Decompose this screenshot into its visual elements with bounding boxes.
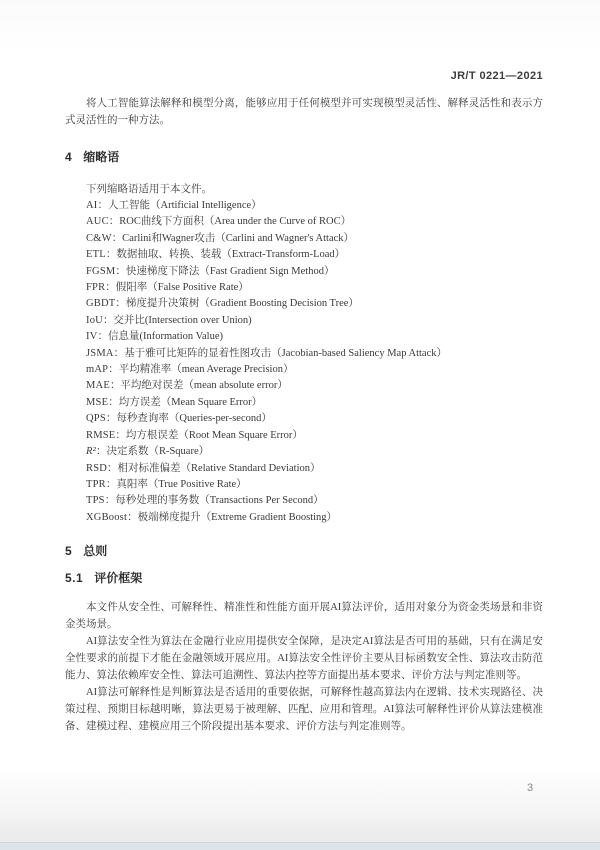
abbreviation-term: AUC (86, 216, 109, 227)
abbreviation-term: ETL (86, 249, 106, 260)
abbreviation-term: RSD (86, 463, 107, 474)
abbreviation-term: XGBoost (86, 512, 127, 523)
abbreviation-definition: ：快速梯度下降法（Fast Gradient Sign Method） (115, 266, 334, 277)
abbreviation-term: QPS (86, 413, 106, 424)
abbreviation-definition: ：极端梯度提升（Extreme Gradient Boosting） (127, 512, 337, 523)
abbreviation-definition: ：决定系数（R-Square） (96, 446, 209, 457)
section-5-1-heading: 5.1评价框架 (65, 571, 543, 585)
section-5-1-body: 本文件从安全性、可解释性、精准性和性能方面开展AI算法评价，适用对象分为资金类场… (65, 599, 543, 735)
abbreviation-definition: ：交并比(Intersection over Union) (103, 315, 252, 326)
abbreviation-item: MSE：均方误差（Mean Square Error） (65, 395, 543, 411)
abbreviation-definition: ：真阳率（True Positive Rate） (106, 479, 247, 490)
section-5-title: 总则 (83, 544, 107, 558)
abbreviation-item: XGBoost：极端梯度提升（Extreme Gradient Boosting… (65, 510, 543, 526)
section-5-number: 5 (65, 544, 72, 558)
page-number: 3 (527, 782, 533, 794)
intro-paragraph: 将人工智能算法解释和模型分离，能够应用于任何模型并可实现模型灵活性、解释灵活性和… (65, 95, 543, 129)
page-header: JR/T 0221—2021 (65, 70, 543, 82)
abbreviation-item: mAP：平均精准率（mean Average Precision） (65, 362, 543, 378)
abbreviation-item: FPR：假阳率（False Positive Rate） (65, 280, 543, 296)
document-page: JR/T 0221—2021 将人工智能算法解释和模型分离，能够应用于任何模型并… (0, 0, 600, 850)
section-4-heading: 4缩略语 (65, 150, 543, 164)
abbreviation-term: RMSE (86, 430, 115, 441)
abbreviation-definition: ：Carlini和Wagner攻击（Carlini and Wagner's A… (112, 233, 354, 244)
abbreviation-definition: ：ROC曲线下方面积（Area under the Curve of ROC） (109, 216, 351, 227)
abbreviation-item: GBDT：梯度提升决策树（Gradient Boosting Decision … (65, 296, 543, 312)
abbreviation-term: AI (86, 200, 97, 211)
abbreviation-term: GBDT (86, 298, 115, 309)
abbreviation-item: IoU：交并比(Intersection over Union) (65, 313, 543, 329)
abbreviation-definition: ：均方误差（Mean Square Error） (108, 397, 262, 408)
abbreviation-term: TPR (86, 479, 106, 490)
scan-edge-strip (0, 842, 600, 850)
abbreviation-definition: ：假阳率（False Positive Rate） (105, 282, 249, 293)
section-4-title: 缩略语 (83, 150, 119, 164)
abbreviation-term: mAP (86, 364, 108, 375)
section-5-heading: 5总则 (65, 544, 543, 558)
abbreviation-item: FGSM：快速梯度下降法（Fast Gradient Sign Method） (65, 264, 543, 280)
abbreviation-definition: ：梯度提升决策树（Gradient Boosting Decision Tree… (115, 298, 359, 309)
abbreviation-term: IoU (86, 315, 103, 326)
page-bottom-fade (0, 817, 600, 843)
abbreviation-term: MSE (86, 397, 108, 408)
standard-number: JR/T 0221—2021 (451, 70, 543, 82)
abbreviation-item: RSD：相对标准偏差（Relative Standard Deviation） (65, 461, 543, 477)
page-content: 将人工智能算法解释和模型分离，能够应用于任何模型并可实现模型灵活性、解释灵活性和… (65, 95, 543, 735)
abbreviation-definition: ：每秒处理的事务数（Transactions Per Second） (105, 495, 324, 506)
abbreviation-item: AUC：ROC曲线下方面积（Area under the Curve of RO… (65, 214, 543, 230)
abbreviation-definition: ：数据抽取、转换、装载（Extract-Transform-Load） (106, 249, 345, 260)
body-paragraph: AI算法安全性为算法在金融行业应用提供安全保障，是决定AI算法是否可用的基础，只… (65, 633, 543, 684)
abbreviation-item: IV：信息量(Information Value) (65, 329, 543, 345)
abbreviation-item: JSMA：基于雅可比矩阵的显着性图攻击（Jacobian-based Salie… (65, 346, 543, 362)
abbreviation-list: AI：人工智能（Artificial Intelligence）AUC：ROC曲… (65, 198, 543, 526)
abbreviation-definition: ：人工智能（Artificial Intelligence） (97, 200, 261, 211)
abbreviation-definition: ：每秒查询率（Queries-per-second） (106, 413, 272, 424)
section-4-number: 4 (65, 150, 72, 164)
abbreviation-term: C&W (86, 233, 112, 244)
abbreviation-definition: ：均方根误差（Root Mean Square Error） (115, 430, 303, 441)
abbreviation-term: JSMA (86, 348, 114, 359)
abbreviation-item: AI：人工智能（Artificial Intelligence） (65, 198, 543, 214)
abbreviation-definition: ：信息量(Information Value) (97, 331, 223, 342)
abbreviation-item: TPR：真阳率（True Positive Rate） (65, 477, 543, 493)
abbreviation-item: RMSE：均方根误差（Root Mean Square Error） (65, 428, 543, 444)
abbreviation-item: C&W：Carlini和Wagner攻击（Carlini and Wagner'… (65, 231, 543, 247)
abbreviation-term: IV (86, 331, 97, 342)
section-5-1-number: 5.1 (65, 571, 83, 585)
abbreviation-term: FGSM (86, 266, 115, 277)
body-paragraph: AI算法可解释性是判断算法是否适用的重要依据，可解释性越高算法内在逻辑、技术实现… (65, 684, 543, 735)
abbreviation-item: MAE：平均绝对误差（mean absolute error） (65, 378, 543, 394)
abbreviation-definition: ：平均绝对误差（mean absolute error） (110, 380, 288, 391)
abbreviation-term: R² (86, 446, 96, 457)
abbreviation-term: TPS (86, 495, 105, 506)
body-paragraph: 本文件从安全性、可解释性、精准性和性能方面开展AI算法评价，适用对象分为资金类场… (65, 599, 543, 633)
abbreviation-item: QPS：每秒查询率（Queries-per-second） (65, 411, 543, 427)
abbreviations-lead: 下列缩略语适用于本文件。 (65, 181, 543, 198)
section-5-1-title: 评价框架 (94, 571, 142, 585)
abbreviation-term: MAE (86, 380, 110, 391)
abbreviation-definition: ：平均精准率（mean Average Precision） (108, 364, 293, 375)
abbreviation-item: ETL：数据抽取、转换、装载（Extract-Transform-Load） (65, 247, 543, 263)
abbreviation-definition: ：相对标准偏差（Relative Standard Deviation） (107, 463, 320, 474)
abbreviation-item: R²：决定系数（R-Square） (65, 444, 543, 460)
abbreviation-item: TPS：每秒处理的事务数（Transactions Per Second） (65, 493, 543, 509)
abbreviation-definition: ：基于雅可比矩阵的显着性图攻击（Jacobian-based Saliency … (114, 348, 447, 359)
abbreviation-term: FPR (86, 282, 105, 293)
